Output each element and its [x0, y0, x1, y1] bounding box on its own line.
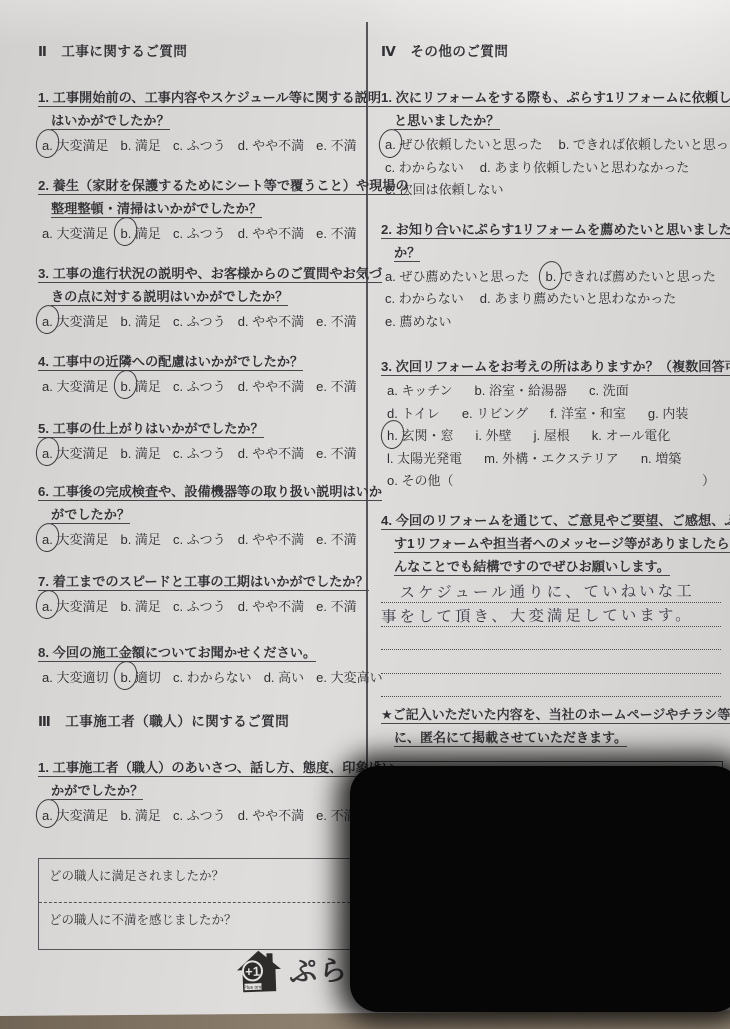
option-letter: e. — [316, 134, 327, 158]
option-c: c. ふつう — [173, 442, 226, 466]
option-d: d. 高い — [264, 666, 304, 690]
option-letter: c. — [173, 528, 183, 552]
option-letter: e. — [316, 666, 327, 690]
text-line: 3. 工事の進行状況の説明や、お客様からのご質問やお気づ — [38, 262, 361, 285]
option-letter: e. — [385, 179, 396, 202]
option-g: g. 内装 — [648, 403, 688, 426]
dotted-answer-line — [381, 650, 721, 674]
option-e: e. 薦めない — [385, 311, 451, 334]
option-letter: e. — [316, 442, 327, 466]
option-b: b. 満足 — [120, 804, 160, 828]
option-c: c. ふつう — [173, 804, 226, 828]
text-line: に、匿名にて掲載させていただきます。 — [381, 726, 721, 749]
options-row: a. 大変適切b. 適切c. わからないd. 高いe. 大変高い — [38, 666, 361, 690]
svg-text:Plus one: Plus one — [243, 984, 263, 991]
option-letter: e. — [316, 310, 327, 334]
option-letter: e. — [316, 804, 327, 828]
text-line: はいかがでしたか？ — [38, 109, 361, 132]
circled-answer-mark: b. — [120, 375, 131, 399]
text-line: 2. お知り合いにぷらす1リフォームを薦めたいと思いました — [381, 218, 721, 241]
option-b: b. できれば依頼したいと思った — [558, 134, 730, 157]
text-line: 2. 養生（家財を保護するためにシート等で覆うこと）や現場の — [38, 174, 361, 197]
question-s4-2: 2. お知り合いにぷらす1リフォームを薦めたいと思いましたか？ a. ぜひ薦めた… — [381, 218, 721, 334]
text-line: がでしたか？ — [38, 503, 361, 526]
circled-answer-mark: a. — [42, 804, 53, 828]
option-letter: e. — [385, 311, 396, 334]
question-options: a. ぜひ依頼したいと思ったb. できれば依頼したいと思ったc. わからないd.… — [381, 134, 721, 202]
option-h: h. 玄関・窓 — [387, 425, 453, 448]
option-a: a. ぜひ依頼したいと思った — [385, 134, 542, 157]
text-line: 1. 次にリフォームをする際も、ぷらす1リフォームに依頼したい — [381, 86, 721, 109]
text-line: 5. 工事の仕上がりはいかがでしたか？ — [38, 417, 361, 440]
option-d: d. やや不満 — [238, 528, 304, 552]
option-close-paren: ） — [702, 470, 721, 493]
paper-top-highlight — [0, 0, 730, 46]
circled-answer-mark: a. — [42, 595, 53, 619]
option-letter: b. — [120, 310, 131, 334]
question-text: 1. 次にリフォームをする際も、ぷらす1リフォームに依頼したいと思いましたか？ — [381, 86, 721, 132]
option-b: b. 満足 — [120, 595, 160, 619]
option-a: a. 大変満足 — [42, 528, 108, 552]
survey-paper: Ⅱ 工事に関するご質問 1. 工事開始前の、工事内容やスケジュール等に関する説明… — [0, 0, 730, 1029]
option-letter: b. — [558, 134, 569, 157]
options-row: h. 玄関・窓i. 外壁j. 屋根k. オール電化 — [381, 425, 721, 448]
option-letter: e. — [462, 403, 473, 426]
dotted-answer-line: スケジュール通りに、ていねいな工 — [381, 580, 721, 604]
option-letter: c. — [173, 134, 183, 158]
option-i: i. 外壁 — [475, 425, 511, 448]
option-letter: e. — [316, 595, 327, 619]
question-options: a. 大変満足b. 満足c. ふつうd. やや不満e. 不満 — [38, 442, 361, 466]
circled-answer-mark: b. — [120, 222, 131, 246]
text-line: んなことでも結構ですのでぜひお願いします。 — [381, 555, 721, 578]
question-text: 4. 工事中の近隣への配慮はいかがでしたか？ — [38, 350, 361, 373]
option-letter: a. — [42, 375, 53, 399]
option-e: e. 不満 — [316, 595, 356, 619]
option-c: c. わからない — [173, 666, 252, 690]
option-a: a. 大変満足 — [42, 804, 108, 828]
option-a: a. 大変満足 — [42, 310, 108, 334]
options-row: a. 大変満足b. 満足c. ふつうd. やや不満e. 不満 — [38, 310, 361, 334]
option-b: b. 満足 — [120, 310, 160, 334]
text-line: 7. 着工までのスピードと工事の工期はいかがでしたか？ — [38, 570, 361, 593]
circled-answer-mark: b. — [545, 266, 556, 289]
option-c: c. ふつう — [173, 595, 226, 619]
option-b: b. 満足 — [120, 375, 160, 399]
option-letter: d. — [238, 528, 249, 552]
option-letter: d. — [238, 442, 249, 466]
option-j: j. 屋根 — [534, 425, 570, 448]
option-e: e. 大変高い — [316, 666, 382, 690]
text-line: 整理整頓・清掃はいかがでしたか？ — [38, 197, 361, 220]
option-letter: a. — [42, 666, 53, 690]
handwritten-comment: スケジュール通りに、ていねいな工 — [381, 579, 695, 603]
option-c: c. ふつう — [173, 134, 226, 158]
option-d: d. やや不満 — [238, 595, 304, 619]
option-c: c. ふつう — [173, 222, 226, 246]
option-letter: a. — [387, 380, 398, 403]
option-c: c. ふつう — [173, 528, 226, 552]
left-column: Ⅱ 工事に関するご質問 1. 工事開始前の、工事内容やスケジュール等に関する説明… — [38, 40, 361, 950]
option-d: d. やや不満 — [238, 134, 304, 158]
options-row: a. 大変満足b. 満足c. ふつうd. やや不満e. 不満 — [38, 442, 361, 466]
option-e: e. 不満 — [316, 310, 356, 334]
option-o: o. その他（ — [387, 470, 453, 493]
options-row: a. 大変満足b. 満足c. ふつうd. やや不満e. 不満 — [38, 134, 361, 158]
question-s3-1: 1. 工事施工者（職人）のあいさつ、話し方、態度、印象はいかがでしたか？ a. … — [38, 756, 361, 828]
options-row: a. ぜひ薦めたいと思ったb. できれば薦めたいと思った — [381, 266, 721, 289]
option-f: f. 洋室・和室 — [550, 403, 626, 426]
text-line: かがでしたか？ — [38, 779, 361, 802]
option-e: e. 不満 — [316, 442, 356, 466]
option-letter: a. — [385, 266, 396, 289]
handwritten-comment: 事をして頂き、大変満足しています。 — [381, 603, 694, 627]
text-line: 8. 今回の施工金額についてお聞かせください。 — [38, 641, 361, 664]
question-text: 1. 工事施工者（職人）のあいさつ、話し方、態度、印象はいかがでしたか？ — [38, 756, 361, 802]
dotted-answer-line — [381, 627, 721, 651]
option-letter: d. — [480, 157, 491, 180]
option-a: a. 大変満足 — [42, 595, 108, 619]
option-letter: c. — [385, 157, 395, 180]
options-row: e. 薦めない — [381, 311, 721, 334]
craftsman-dissatisfied-field: どの職人に不満を感じましたか？ — [39, 903, 360, 947]
text-line: 4. 工事中の近隣への配慮はいかがでしたか？ — [38, 350, 361, 373]
option-letter: c. — [173, 310, 183, 334]
question-options: a. ぜひ薦めたいと思ったb. できれば薦めたいと思ったc. わからないd. あ… — [381, 266, 721, 334]
option-a: a. 大変適切 — [42, 666, 108, 690]
option-e: e. 不満 — [316, 134, 356, 158]
question-text: 5. 工事の仕上がりはいかがでしたか？ — [38, 417, 361, 440]
question-s2-7: 7. 着工までのスピードと工事の工期はいかがでしたか？ a. 大変満足b. 満足… — [38, 570, 361, 619]
option-d: d. やや不満 — [238, 310, 304, 334]
question-s4-1: 1. 次にリフォームをする際も、ぷらす1リフォームに依頼したいと思いましたか？ … — [381, 86, 721, 202]
table-surface — [0, 1010, 730, 1029]
options-row: a. 大変満足b. 満足c. ふつうd. やや不満e. 不満 — [38, 595, 361, 619]
options-row: a. 大変満足b. 満足c. ふつうd. やや不満e. 不満 — [38, 222, 361, 246]
options-row: a. 大変満足b. 満足c. ふつうd. やや不満e. 不満 — [38, 375, 361, 399]
question-text: 2. 養生（家財を保護するためにシート等で覆うこと）や現場の整理整頓・清掃はいか… — [38, 174, 361, 220]
dotted-answer-line — [381, 674, 721, 698]
option-letter: e. — [316, 222, 327, 246]
question-s2-5: 5. 工事の仕上がりはいかがでしたか？ a. 大変満足b. 満足c. ふつうd.… — [38, 417, 361, 466]
dotted-answer-line: 事をして頂き、大変満足しています。 — [381, 603, 721, 627]
options-row: o. その他（） — [381, 470, 721, 493]
question-options: a. 大変満足b. 満足c. ふつうd. やや不満e. 不満 — [38, 804, 361, 828]
question-s4-3: 3. 次回リフォームをお考えの所はありますか？（複数回答可） a. キッチンb.… — [381, 355, 721, 493]
option-e: e. リビング — [462, 403, 528, 426]
option-letter: b. — [120, 134, 131, 158]
option-letter: c. — [385, 288, 395, 311]
option-letter: d. — [480, 288, 491, 311]
options-row: a. ぜひ依頼したいと思ったb. できれば依頼したいと思った — [381, 134, 721, 157]
right-column: Ⅳ その他のご質問 1. 次にリフォームをする際も、ぷらす1リフォームに依頼した… — [381, 40, 721, 790]
question-options: a. 大変満足b. 満足c. ふつうd. やや不満e. 不満 — [38, 134, 361, 158]
question-s4-4: 4. 今回のリフォームを通じて、ご意見やご要望、ご感想、ぷらす1リフォームや担当… — [381, 509, 721, 578]
option-letter: j. — [534, 425, 541, 448]
question-text: 8. 今回の施工金額についてお聞かせください。 — [38, 641, 361, 664]
option-d: d. あまり薦めたいと思わなかった — [480, 288, 676, 311]
plus-one-house-icon: +1 Plus one — [235, 949, 283, 995]
option-e: e. 不満 — [316, 528, 356, 552]
redaction-box — [350, 766, 730, 1012]
option-c: c. ふつう — [173, 375, 226, 399]
option-letter: f. — [550, 403, 557, 426]
option-letter: e. — [316, 528, 327, 552]
question-s2-8: 8. 今回の施工金額についてお聞かせください。 a. 大変適切b. 適切c. わ… — [38, 641, 361, 690]
text-line: 4. 今回のリフォームを通じて、ご意見やご要望、ご感想、ぷら — [381, 509, 721, 532]
craftsman-dissatisfied-label: どの職人に不満を感じましたか？ — [49, 913, 237, 927]
circled-answer-mark: a. — [42, 528, 53, 552]
options-row: c. わからないd. あまり薦めたいと思わなかった — [381, 288, 721, 311]
option-d: d. やや不満 — [238, 804, 304, 828]
option-letter: d. — [238, 375, 249, 399]
question-options: a. 大変満足b. 満足c. ふつうd. やや不満e. 不満 — [38, 528, 361, 552]
question-text: 6. 工事後の完成検査や、設備機器等の取り扱い説明はいかがでしたか？ — [38, 480, 361, 526]
circled-answer-mark: a. — [42, 442, 53, 466]
option-a: a. 大変満足 — [42, 375, 108, 399]
option-letter: i. — [475, 425, 482, 448]
options-row: e. 次回は依頼しない — [381, 179, 721, 202]
question-s2-6: 6. 工事後の完成検査や、設備機器等の取り扱い説明はいかがでしたか？ a. 大変… — [38, 480, 361, 552]
options-row: d. トイレe. リビングf. 洋室・和室g. 内装 — [381, 403, 721, 426]
section-3-title: Ⅲ 工事施工者（職人）に関するご質問 — [38, 710, 361, 730]
question-options: a. 大変満足b. 満足c. ふつうd. やや不満e. 不満 — [38, 310, 361, 334]
option-letter: d. — [238, 595, 249, 619]
option-a: a. 大変満足 — [42, 134, 108, 158]
option-c: c. わからない — [385, 157, 464, 180]
option-d: d. あまり依頼したいと思わなかった — [480, 157, 689, 180]
option-a: a. 大変満足 — [42, 222, 108, 246]
question-text: 3. 工事の進行状況の説明や、お客様からのご質問やお気づきの点に対する説明はいか… — [38, 262, 361, 308]
option-letter: d. — [238, 804, 249, 828]
text-line: 6. 工事後の完成検査や、設備機器等の取り扱い説明はいか — [38, 480, 361, 503]
option-letter: d. — [238, 310, 249, 334]
question-text: 1. 工事開始前の、工事内容やスケジュール等に関する説明はいかがでしたか？ — [38, 86, 361, 132]
circled-answer-mark: a. — [42, 310, 53, 334]
option-m: m. 外構・エクステリア — [484, 448, 619, 471]
circled-answer-mark: b. — [120, 666, 131, 690]
option-n: n. 増築 — [641, 448, 681, 471]
option-b: b. 満足 — [120, 528, 160, 552]
option-b: b. 適切 — [120, 666, 160, 690]
question-text: 7. 着工までのスピードと工事の工期はいかがでしたか？ — [38, 570, 361, 593]
question-options: a. 大変満足b. 満足c. ふつうd. やや不満e. 不満 — [38, 375, 361, 399]
circled-answer-mark: a. — [42, 134, 53, 158]
section-4-title: Ⅳ その他のご質問 — [381, 40, 721, 60]
option-letter: b. — [120, 528, 131, 552]
circled-answer-mark: a. — [385, 134, 396, 157]
option-l: l. 太陽光発電 — [387, 448, 462, 471]
option-letter: c. — [173, 804, 183, 828]
option-b: b. 満足 — [120, 222, 160, 246]
option-letter: c. — [173, 595, 183, 619]
option-c: c. わからない — [385, 288, 464, 311]
svg-text:+1: +1 — [245, 964, 260, 980]
option-b: b. 浴室・給湯器 — [475, 380, 567, 403]
option-letter: c. — [173, 666, 183, 690]
option-letter: c. — [173, 375, 183, 399]
question-options: a. 大変満足b. 満足c. ふつうd. やや不満e. 不満 — [38, 222, 361, 246]
option-letter: o. — [387, 470, 398, 493]
option-letter: d. — [264, 666, 275, 690]
option-k: k. オール電化 — [592, 425, 670, 448]
options-row: a. キッチンb. 浴室・給湯器c. 洗面 — [381, 380, 721, 403]
free-comment-area: スケジュール通りに、ていねいな工事をして頂き、大変満足しています。 — [381, 580, 721, 698]
option-a: a. キッチン — [387, 380, 453, 403]
option-a: a. 大変満足 — [42, 442, 108, 466]
question-s2-2: 2. 養生（家財を保護するためにシート等で覆うこと）や現場の整理整頓・清掃はいか… — [38, 174, 361, 246]
question-text: 2. お知り合いにぷらす1リフォームを薦めたいと思いましたか？ — [381, 218, 721, 264]
question-s2-1: 1. 工事開始前の、工事内容やスケジュール等に関する説明はいかがでしたか？ a.… — [38, 86, 361, 158]
text-line: す1リフォームや担当者へのメッセージ等がありましたら、ど — [381, 532, 721, 555]
option-c: c. 洗面 — [589, 380, 629, 403]
option-letter: c. — [173, 442, 183, 466]
option-b: b. できれば薦めたいと思った — [545, 266, 715, 289]
option-letter: c. — [173, 222, 183, 246]
craftsman-satisfied-field: どの職人に満足されましたか？ — [39, 859, 360, 903]
option-e: e. 不満 — [316, 375, 356, 399]
option-letter: k. — [592, 425, 602, 448]
craftsman-satisfied-label: どの職人に満足されましたか？ — [49, 869, 224, 883]
option-c: c. ふつう — [173, 310, 226, 334]
text-line: ★ご記入いただいた内容を、当社のホームページやチラシ等 — [381, 703, 721, 726]
options-row: l. 太陽光発電m. 外構・エクステリアn. 増築 — [381, 448, 721, 471]
option-b: b. 満足 — [120, 134, 160, 158]
options-row: c. わからないd. あまり依頼したいと思わなかった — [381, 157, 721, 180]
section-2-title: Ⅱ 工事に関するご質問 — [38, 40, 361, 60]
option-a: a. ぜひ薦めたいと思った — [385, 266, 529, 289]
anonymous-publication-note: ★ご記入いただいた内容を、当社のホームページやチラシ等に、匿名にて掲載させていた… — [381, 703, 721, 749]
question-text: 3. 次回リフォームをお考えの所はありますか？（複数回答可） — [381, 355, 721, 378]
question-options: a. 大変満足b. 満足c. ふつうd. やや不満e. 不満 — [38, 595, 361, 619]
option-d: d. やや不満 — [238, 375, 304, 399]
text-line: 3. 次回リフォームをお考えの所はありますか？（複数回答可） — [381, 355, 721, 378]
option-letter: a. — [42, 222, 53, 246]
option-letter: m. — [484, 448, 498, 471]
text-line: きの点に対する説明はいかがでしたか？ — [38, 285, 361, 308]
text-line: 1. 工事開始前の、工事内容やスケジュール等に関する説明 — [38, 86, 361, 109]
craftsman-feedback-box: どの職人に満足されましたか？ どの職人に不満を感じましたか？ — [38, 858, 361, 950]
option-b: b. 満足 — [120, 442, 160, 466]
question-s2-4: 4. 工事中の近隣への配慮はいかがでしたか？ a. 大変満足b. 満足c. ふつ… — [38, 350, 361, 399]
question-text: 4. 今回のリフォームを通じて、ご意見やご要望、ご感想、ぷらす1リフォームや担当… — [381, 509, 721, 578]
option-letter: b. — [120, 804, 131, 828]
options-row: a. 大変満足b. 満足c. ふつうd. やや不満e. 不満 — [38, 528, 361, 552]
option-d: d. やや不満 — [238, 442, 304, 466]
option-letter: g. — [648, 403, 659, 426]
option-e: e. 不満 — [316, 222, 356, 246]
option-letter: b. — [120, 595, 131, 619]
circled-answer-mark: h. — [387, 425, 398, 448]
question-s2-3: 3. 工事の進行状況の説明や、お客様からのご質問やお気づきの点に対する説明はいか… — [38, 262, 361, 334]
option-letter: b. — [120, 442, 131, 466]
option-letter: l. — [387, 448, 394, 471]
question-options: a. キッチンb. 浴室・給湯器c. 洗面d. トイレe. リビングf. 洋室・… — [381, 380, 721, 493]
option-letter: d. — [238, 222, 249, 246]
option-letter: e. — [316, 375, 327, 399]
option-letter: n. — [641, 448, 652, 471]
option-e: e. 次回は依頼しない — [385, 179, 503, 202]
text-line: と思いましたか？ — [381, 109, 721, 132]
options-row: a. 大変満足b. 満足c. ふつうd. やや不満e. 不満 — [38, 804, 361, 828]
question-options: a. 大変適切b. 適切c. わからないd. 高いe. 大変高い — [38, 666, 361, 690]
option-letter: c. — [589, 380, 599, 403]
option-d: d. やや不満 — [238, 222, 304, 246]
text-line: 1. 工事施工者（職人）のあいさつ、話し方、態度、印象はい — [38, 756, 361, 779]
option-letter: b. — [475, 380, 486, 403]
option-letter: d. — [238, 134, 249, 158]
